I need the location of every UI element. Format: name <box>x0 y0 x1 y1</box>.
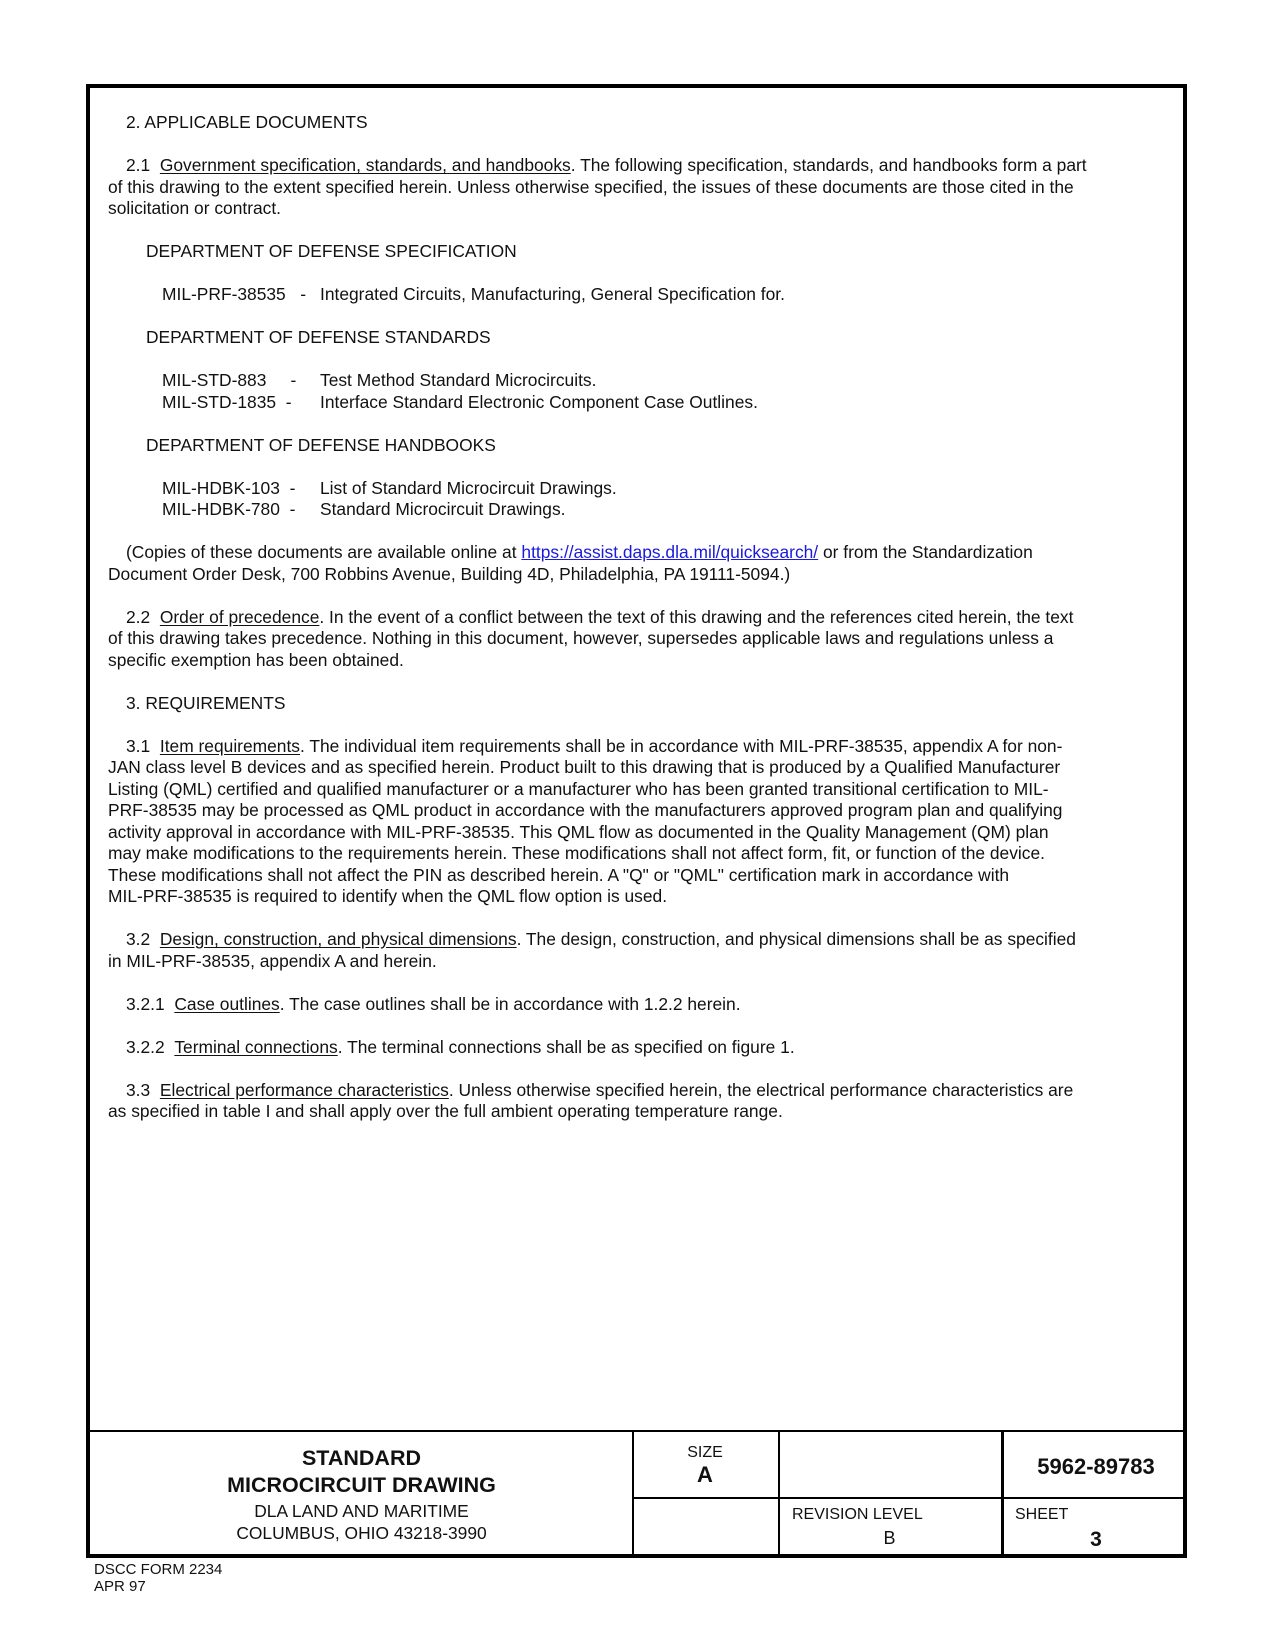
document-row: MIL-STD-883 - Test Method Standard Micro… <box>108 370 1168 392</box>
size-label: SIZE <box>670 1444 740 1462</box>
paragraph-3-2: 3.2 Design, construction, and physical d… <box>108 929 1168 951</box>
paragraph-3-2-2: 3.2.2 Terminal connections. The terminal… <box>108 1037 1168 1059</box>
section-3-heading: 3. REQUIREMENTS <box>108 693 1168 715</box>
title-block-org-line1: DLA LAND AND MARITIME <box>90 1500 633 1522</box>
group-heading-handbooks: DEPARTMENT OF DEFENSE HANDBOOKS <box>108 435 1168 457</box>
group-heading-standards: DEPARTMENT OF DEFENSE STANDARDS <box>108 327 1168 349</box>
paragraph-2-2: 2.2 Order of precedence. In the event of… <box>108 607 1168 629</box>
paragraph-3-3: 3.3 Electrical performance characteristi… <box>108 1080 1168 1102</box>
document-row: MIL-HDBK-103 - List of Standard Microcir… <box>108 478 1168 500</box>
paragraph-3-2-1: 3.2.1 Case outlines. The case outlines s… <box>108 994 1168 1016</box>
divider <box>632 1497 1187 1499</box>
divider <box>632 1432 634 1556</box>
drawing-number: 5962-89783 <box>1005 1454 1187 1480</box>
sheet-number: 3 <box>1005 1528 1187 1552</box>
paragraph-3-1: 3.1 Item requirements. The individual it… <box>108 736 1168 758</box>
paragraph-2-1-title: Government specification, standards, and… <box>160 155 571 175</box>
title-block: STANDARD MICROCIRCUIT DRAWING DLA LAND A… <box>90 1430 1187 1556</box>
document-body: 2. APPLICABLE DOCUMENTS 2.1 Government s… <box>108 112 1168 1123</box>
group-heading-specification: DEPARTMENT OF DEFENSE SPECIFICATION <box>108 241 1168 263</box>
form-number: DSCC FORM 2234 <box>94 1562 222 1579</box>
title-block-org-line2: COLUMBUS, OHIO 43218-3990 <box>90 1522 633 1544</box>
paragraph-3-2-2-title: Terminal connections <box>174 1037 337 1057</box>
sheet-label: SHEET <box>1015 1506 1068 1524</box>
paragraph-3-2-title: Design, construction, and physical dimen… <box>160 929 517 949</box>
revision-level-value: B <box>778 1528 1001 1549</box>
paragraph-3-2-1-title: Case outlines <box>174 994 279 1014</box>
paragraph-3-1-title: Item requirements <box>160 736 300 756</box>
paragraph-3-3-title: Electrical performance characteristics <box>160 1080 449 1100</box>
form-date: APR 97 <box>94 1579 222 1596</box>
title-block-title-line2: MICROCIRCUIT DRAWING <box>90 1472 633 1499</box>
copies-note: (Copies of these documents are available… <box>108 542 1168 564</box>
section-2-heading: 2. APPLICABLE DOCUMENTS <box>108 112 1168 134</box>
form-label: DSCC FORM 2234 APR 97 <box>94 1562 222 1595</box>
paragraph-2-2-title: Order of precedence <box>160 607 320 627</box>
document-row: MIL-PRF-38535 - Integrated Circuits, Man… <box>108 284 1168 306</box>
document-row: MIL-STD-1835 - Interface Standard Electr… <box>108 392 1168 414</box>
assist-quicksearch-link[interactable]: https://assist.daps.dla.mil/quicksearch/ <box>521 542 818 562</box>
document-row: MIL-HDBK-780 - Standard Microcircuit Dra… <box>108 499 1168 521</box>
paragraph-2-1: 2.1 Government specification, standards,… <box>108 155 1168 177</box>
divider <box>1001 1432 1004 1556</box>
size-value: A <box>670 1462 740 1488</box>
title-block-title-line1: STANDARD <box>90 1445 633 1472</box>
title-block-name-cell: STANDARD MICROCIRCUIT DRAWING DLA LAND A… <box>90 1432 633 1556</box>
revision-level-label: REVISION LEVEL <box>792 1506 923 1524</box>
